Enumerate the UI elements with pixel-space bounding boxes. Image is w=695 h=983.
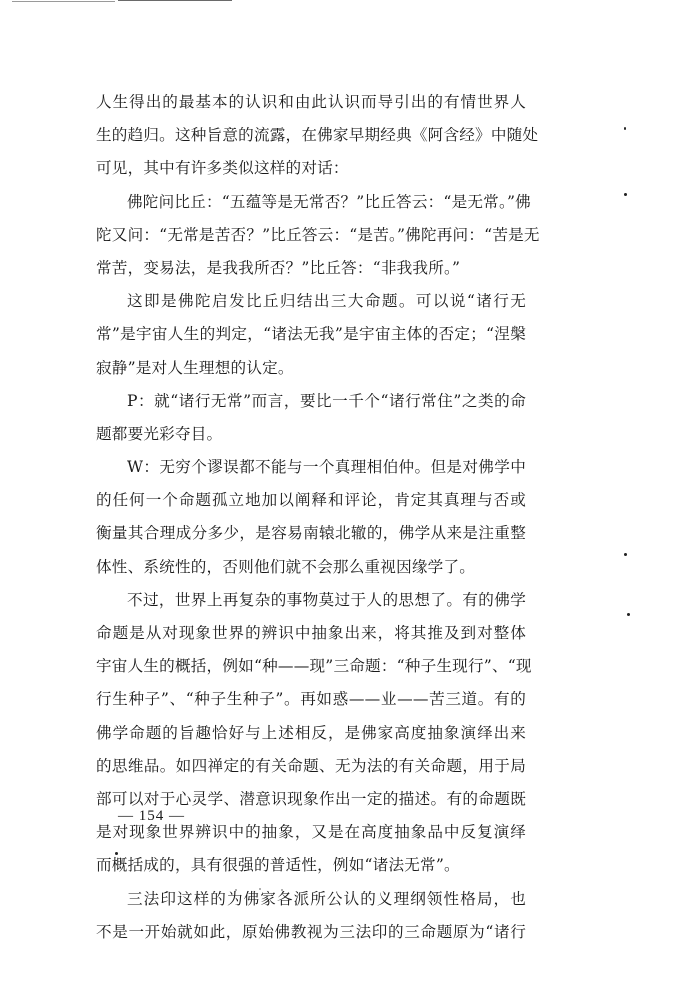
text-line: 陀又问：“无常是苦否？”比丘答云：“是苦。”佛陀再问：“苦是无: [96, 219, 526, 252]
scan-speck: [627, 613, 630, 616]
page-number: — 154 —: [118, 808, 185, 825]
text-line: 可见，其中有许多类似这样的对话：: [96, 152, 526, 185]
text-line: 体性、系统性的，否则他们就不会那么重视因缘学了。: [96, 551, 526, 584]
scan-speck: [259, 888, 261, 890]
text-line: 三法印这样的为佛家各派所公认的义理纲领性格局，也: [96, 883, 526, 916]
text-line: 这即是佛陀启发比丘归结出三大命题。可以说“诸行无: [96, 285, 526, 318]
scan-speck: [235, 889, 237, 891]
text-line: P：就“诸行无常”而言，要比一千个“诸行常住”之类的命: [96, 385, 526, 418]
text-line: 的思维品。如四禅定的有关命题、无为法的有关命题，用于局: [96, 750, 526, 783]
text-line: 行生种子”、“种子生种子”。再如惑——业——苦三道。有的: [96, 683, 526, 716]
text-line: 人生得出的最基本的认识和由此认识而导引出的有情世界人: [96, 86, 526, 119]
text-line: 衡量其合理成分多少，是容易南辕北辙的，佛学从来是注重整: [96, 517, 526, 550]
scan-speck: [624, 553, 627, 556]
text-line: 佛学命题的旨趣恰好与上述相反，是佛家高度抽象演绎出来: [96, 717, 526, 750]
text-line: 佛陀问比丘：“五蕴等是无常否？”比丘答云：“是无常。”佛: [96, 186, 526, 219]
scan-edge-line: [118, 0, 232, 1]
text-line: 宇宙人生的概括，例如“种——现”三命题：“种子生现行”、“现: [96, 650, 526, 683]
text-line: 而概括成的，具有很强的普适性，例如“诸法无常”。: [96, 849, 526, 882]
text-line: 生的趋归。这种旨意的流露，在佛家早期经典《阿含经》中随处: [96, 119, 526, 152]
scan-speck: [115, 852, 118, 855]
text-line: 寂静”是对人生理想的认定。: [96, 352, 526, 385]
text-line: 不是一开始就如此，原始佛教视为三法印的三命题原为“诸行: [96, 916, 526, 949]
text-line: 的任何一个命题孤立地加以阐释和评论，肯定其真理与否或: [96, 484, 526, 517]
text-line: W：无穷个谬误都不能与一个真理相伯仲。但是对佛学中: [96, 451, 526, 484]
text-line: 题都要光彩夺目。: [96, 418, 526, 451]
scan-edge-line: [12, 1, 115, 2]
text-line: 命题是从对现象世界的辨识中抽象出来，将其推及到对整体: [96, 617, 526, 650]
text-line: 不过，世界上再复杂的事物莫过于人的思想了。有的佛学: [96, 584, 526, 617]
scan-speck: [624, 193, 627, 196]
scan-speck: [281, 889, 283, 891]
text-line: 常”是宇宙人生的判定，“诸法无我”是宇宙主体的否定；“涅槃: [96, 318, 526, 351]
text-line: 常苦，变易法，是我我所否？”比丘答：“非我我所。”: [96, 252, 526, 285]
scan-speck: [624, 127, 626, 130]
